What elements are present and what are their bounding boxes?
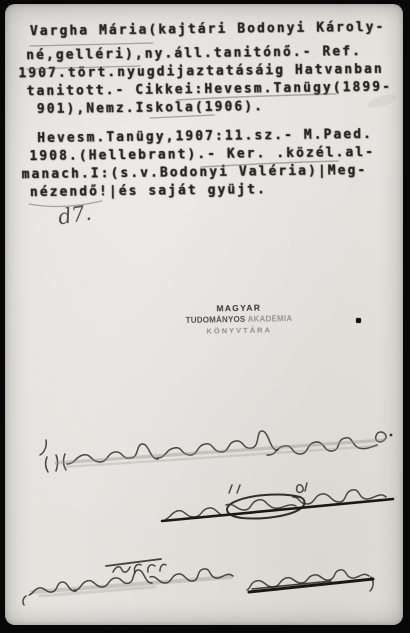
ink-underline (162, 499, 393, 521)
quote-mark (229, 485, 240, 493)
pencil-strike (64, 446, 378, 467)
annotations-overlay (0, 0, 410, 633)
pencil-underline (201, 161, 338, 167)
handwritten-note-middle (162, 483, 393, 521)
pencil-underline (27, 66, 140, 69)
pencil-underline (177, 94, 336, 100)
cursive-stroke (113, 564, 166, 573)
pencil-strike (56, 440, 384, 463)
scanned-card-photo: Vargha Mária(kajtári Bodonyi Károly- né,… (0, 0, 410, 633)
pencil-underline (150, 115, 214, 118)
handwritten-note-bottom-right (247, 570, 373, 592)
handwritten-note-upper (40, 431, 392, 472)
pencil-smudge (366, 92, 398, 111)
handwritten-note-bottom-left (23, 569, 233, 605)
ink-dot (390, 434, 393, 437)
cursive-stroke (297, 483, 307, 492)
pencil-underlines (27, 43, 338, 207)
pencil-underline (30, 43, 153, 46)
pencil-underline (29, 201, 102, 207)
cursive-stroke (40, 440, 66, 472)
